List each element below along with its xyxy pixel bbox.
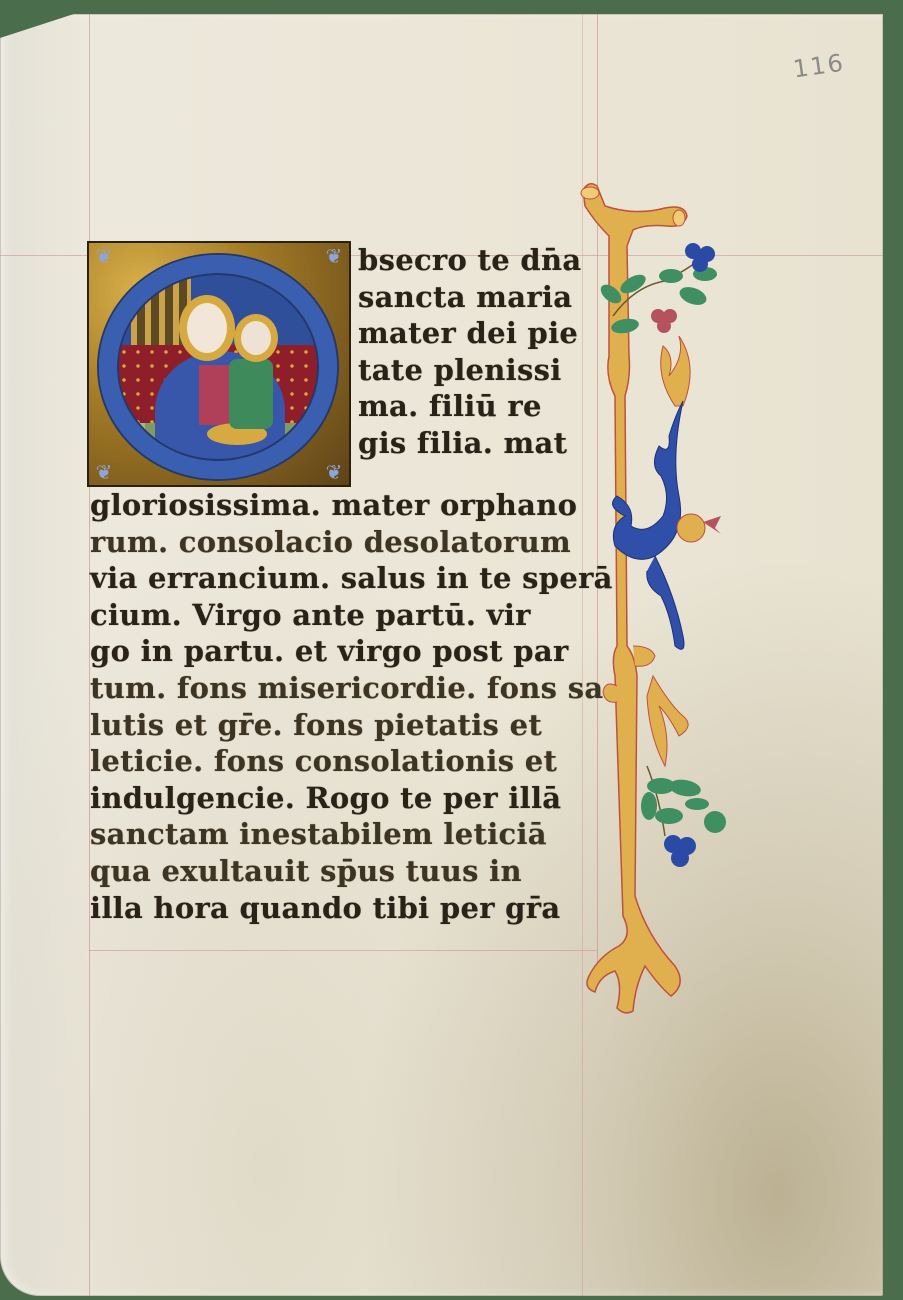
text-line: indulgencie. Rogo te per illā xyxy=(90,780,613,817)
text-line: cium. Virgo ante partū. vir xyxy=(90,597,613,634)
text-line: mater dei pie xyxy=(358,315,581,352)
flower-sprig-bottom xyxy=(641,766,726,867)
text-line: via errancium. salus in te sperā xyxy=(90,560,613,597)
text-line: ma. filiū re xyxy=(358,388,581,425)
initial-letter-o-ring xyxy=(99,255,337,479)
gold-acanthus-icon xyxy=(647,676,688,766)
pomegranate-icon xyxy=(677,514,721,542)
gold-acanthus-icon xyxy=(661,336,690,406)
text-full-width: gloriosissima. mater orphano rum. consol… xyxy=(90,487,613,926)
text-line: go in partu. et virgo post par xyxy=(90,633,613,670)
text-line: rum. consolacio desolatorum xyxy=(90,524,613,561)
text-line: tum. fons misericordie. fons sa xyxy=(90,670,613,707)
ruling-bottom xyxy=(89,950,597,951)
fleur-corner-icon: ❦ xyxy=(93,245,115,267)
text-line: bsecro te dn̄a xyxy=(358,242,581,279)
border-decoration xyxy=(575,176,735,1016)
illuminated-initial: ❦ ❦ ❦ ❦ xyxy=(87,241,351,487)
pink-flower-icon xyxy=(651,309,677,333)
text-line: gis filia. mat xyxy=(358,425,581,462)
fleur-corner-icon: ❦ xyxy=(323,245,345,267)
text-line: leticie. fons consolationis et xyxy=(90,743,613,780)
text-line: sanctam inestabilem leticiā xyxy=(90,816,613,853)
fleur-corner-icon: ❦ xyxy=(323,461,345,483)
text-line: qua exultauit sp̄us tuus in xyxy=(90,853,613,890)
text-line: lutis et gr̄e. fons pietatis et xyxy=(90,707,613,744)
text-line: gloriosissima. mater orphano xyxy=(90,487,613,524)
text-beside-initial: bsecro te dn̄a sancta maria mater dei pi… xyxy=(358,242,581,462)
fleur-corner-icon: ❦ xyxy=(93,461,115,483)
text-line: sancta maria xyxy=(358,279,581,316)
blue-flower-icon xyxy=(664,835,696,867)
text-line: tate plenissi xyxy=(358,352,581,389)
folio-number: 116 xyxy=(791,49,846,84)
manuscript-page: 116 ❦ ❦ ❦ ❦ bsecro te dn̄a sancta maria … xyxy=(0,14,883,1296)
text-line: illa hora quando tibi per gr̄a xyxy=(90,890,613,927)
